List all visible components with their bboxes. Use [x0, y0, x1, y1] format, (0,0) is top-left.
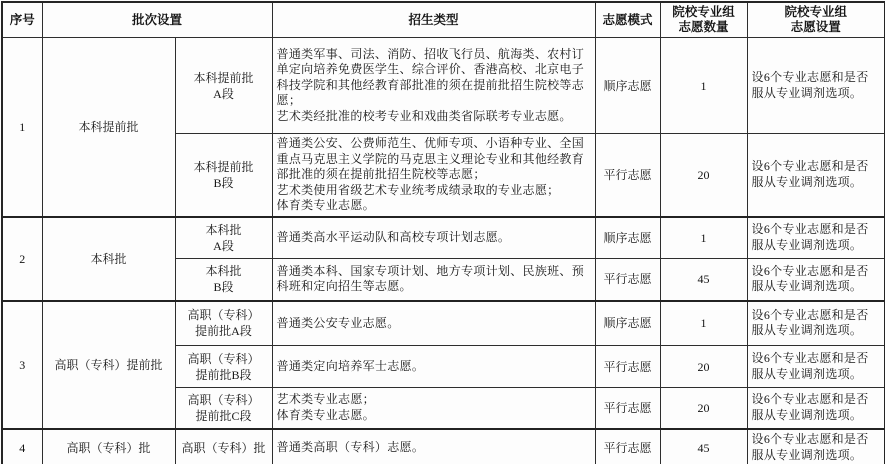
type-paragraph: 普通类军事、司法、消防、招收飞行员、航海类、农村订单定向培养免费医学生、综合评价… — [277, 47, 591, 109]
cell-stage: 本科提前批 A段 — [175, 38, 272, 134]
cell-setting: 设6个专业志愿和是否服从专业调剂选项。 — [747, 346, 885, 388]
cell-type: 普通类高职（专科）志愿。 — [272, 429, 595, 464]
stage-line: 本科批 — [179, 263, 269, 279]
cell-mode: 顺序志愿 — [595, 217, 660, 259]
type-paragraph: 体育类专业志愿。 — [277, 408, 591, 424]
cell-stage: 本科批 A段 — [175, 217, 272, 259]
cell-batch: 本科批 — [42, 217, 175, 301]
stage-line: 本科提前批 — [179, 159, 269, 175]
col-header-mode: 志愿模式 — [595, 2, 660, 38]
type-paragraph: 体育类专业志愿。 — [277, 198, 591, 214]
cell-setting: 设6个专业志愿和是否服从专业调剂选项。 — [747, 217, 885, 259]
cell-setting: 设6个专业志愿和是否服从专业调剂选项。 — [747, 388, 885, 429]
stage-line: B段 — [179, 279, 269, 295]
type-paragraph: 普通类高职（专科）志愿。 — [277, 440, 591, 456]
cell-seq: 4 — [2, 429, 42, 464]
stage-line: 本科批 — [179, 222, 269, 238]
cell-count: 20 — [660, 388, 747, 429]
stage-line: 提前批A段 — [179, 323, 269, 339]
cell-mode: 平行志愿 — [595, 346, 660, 388]
type-paragraph: 普通类定向培养军士志愿。 — [277, 359, 591, 375]
cell-stage: 高职（专科） 提前批C段 — [175, 388, 272, 429]
col-header-type: 招生类型 — [272, 2, 595, 38]
stage-line: 提前批B段 — [179, 367, 269, 383]
type-paragraph: 普通类本科、国家专项计划、地方专项计划、民族班、预科班和定向招生等志愿。 — [277, 264, 591, 295]
stage-line: 本科提前批 — [179, 70, 269, 86]
cell-mode: 平行志愿 — [595, 388, 660, 429]
type-paragraph: 艺术类专业志愿； — [277, 392, 591, 408]
cell-stage: 高职（专科） 提前批A段 — [175, 301, 272, 346]
cell-type: 艺术类专业志愿； 体育类专业志愿。 — [272, 388, 595, 429]
type-paragraph: 普通类公安、公费师范生、优师专项、小语种专业、全国重点马克思主义学院的马克思主义… — [277, 136, 591, 183]
admissions-batch-table: 序号 批次设置 招生类型 志愿模式 院校专业组 志愿数量 院校专业组 志愿设置 … — [1, 1, 885, 464]
stage-line: 高职（专科） — [179, 392, 269, 408]
cell-type: 普通类公安、公费师范生、优师专项、小语种专业、全国重点马克思主义学院的马克思主义… — [272, 134, 595, 217]
cell-count: 20 — [660, 134, 747, 217]
cell-stage: 高职（专科）批 — [175, 429, 272, 464]
cell-count: 1 — [660, 217, 747, 259]
cell-type: 普通类本科、国家专项计划、地方专项计划、民族班、预科班和定向招生等志愿。 — [272, 259, 595, 301]
col-header-setting-line1: 院校专业组 — [750, 5, 883, 20]
cell-stage: 本科提前批 B段 — [175, 134, 272, 217]
type-paragraph: 普通类高水平运动队和高校专项计划志愿。 — [277, 230, 591, 246]
col-header-batch: 批次设置 — [42, 2, 272, 38]
stage-line: B段 — [179, 175, 269, 191]
stage-line: A段 — [179, 238, 269, 254]
cell-batch: 高职（专科）批 — [42, 429, 175, 464]
type-paragraph: 艺术类使用省级艺术专业统考成绩录取的专业志愿； — [277, 183, 591, 199]
type-paragraph: 艺术类经批准的校考专业和戏曲类省际联考专业志愿。 — [277, 109, 591, 125]
col-header-count-line1: 院校专业组 — [663, 5, 745, 20]
cell-count: 45 — [660, 259, 747, 301]
cell-seq: 1 — [2, 38, 42, 217]
col-header-setting-line2: 志愿设置 — [750, 20, 883, 35]
stage-line: 高职（专科） — [179, 307, 269, 323]
cell-mode: 平行志愿 — [595, 259, 660, 301]
col-header-setting: 院校专业组 志愿设置 — [747, 2, 885, 38]
cell-setting: 设6个专业志愿和是否服从专业调剂选项。 — [747, 259, 885, 301]
table-row: 1 本科提前批 本科提前批 A段 普通类军事、司法、消防、招收飞行员、航海类、农… — [2, 38, 885, 134]
cell-seq: 3 — [2, 301, 42, 429]
cell-seq: 2 — [2, 217, 42, 301]
col-header-count-line2: 志愿数量 — [663, 20, 745, 35]
cell-count: 1 — [660, 301, 747, 346]
cell-setting: 设6个专业志愿和是否服从专业调剂选项。 — [747, 134, 885, 217]
cell-type: 普通类公安专业志愿。 — [272, 301, 595, 346]
table-row: 3 高职（专科）提前批 高职（专科） 提前批A段 普通类公安专业志愿。 顺序志愿… — [2, 301, 885, 346]
cell-count: 20 — [660, 346, 747, 388]
cell-setting: 设6个专业志愿和是否服从专业调剂选项。 — [747, 38, 885, 134]
type-paragraph: 普通类公安专业志愿。 — [277, 316, 591, 332]
table-row: 4 高职（专科）批 高职（专科）批 普通类高职（专科）志愿。 平行志愿 45 设… — [2, 429, 885, 464]
table-row: 2 本科批 本科批 A段 普通类高水平运动队和高校专项计划志愿。 顺序志愿 1 … — [2, 217, 885, 259]
cell-stage: 本科批 B段 — [175, 259, 272, 301]
col-header-seq: 序号 — [2, 2, 42, 38]
col-header-count: 院校专业组 志愿数量 — [660, 2, 747, 38]
cell-mode: 顺序志愿 — [595, 301, 660, 346]
stage-line: 高职（专科）批 — [179, 440, 269, 456]
cell-mode: 平行志愿 — [595, 134, 660, 217]
cell-type: 普通类军事、司法、消防、招收飞行员、航海类、农村订单定向培养免费医学生、综合评价… — [272, 38, 595, 134]
cell-type: 普通类高水平运动队和高校专项计划志愿。 — [272, 217, 595, 259]
stage-line: 提前批C段 — [179, 408, 269, 424]
cell-batch: 高职（专科）提前批 — [42, 301, 175, 429]
cell-stage: 高职（专科） 提前批B段 — [175, 346, 272, 388]
cell-mode: 顺序志愿 — [595, 38, 660, 134]
cell-mode: 平行志愿 — [595, 429, 660, 464]
cell-type: 普通类定向培养军士志愿。 — [272, 346, 595, 388]
cell-setting: 设6个专业志愿和是否服从专业调剂选项。 — [747, 301, 885, 346]
cell-batch: 本科提前批 — [42, 38, 175, 217]
stage-line: A段 — [179, 86, 269, 102]
stage-line: 高职（专科） — [179, 351, 269, 367]
cell-count: 45 — [660, 429, 747, 464]
cell-count: 1 — [660, 38, 747, 134]
cell-setting: 设6个专业志愿和是否服从专业调剂选项。 — [747, 429, 885, 464]
table-header-row: 序号 批次设置 招生类型 志愿模式 院校专业组 志愿数量 院校专业组 志愿设置 — [2, 2, 885, 38]
